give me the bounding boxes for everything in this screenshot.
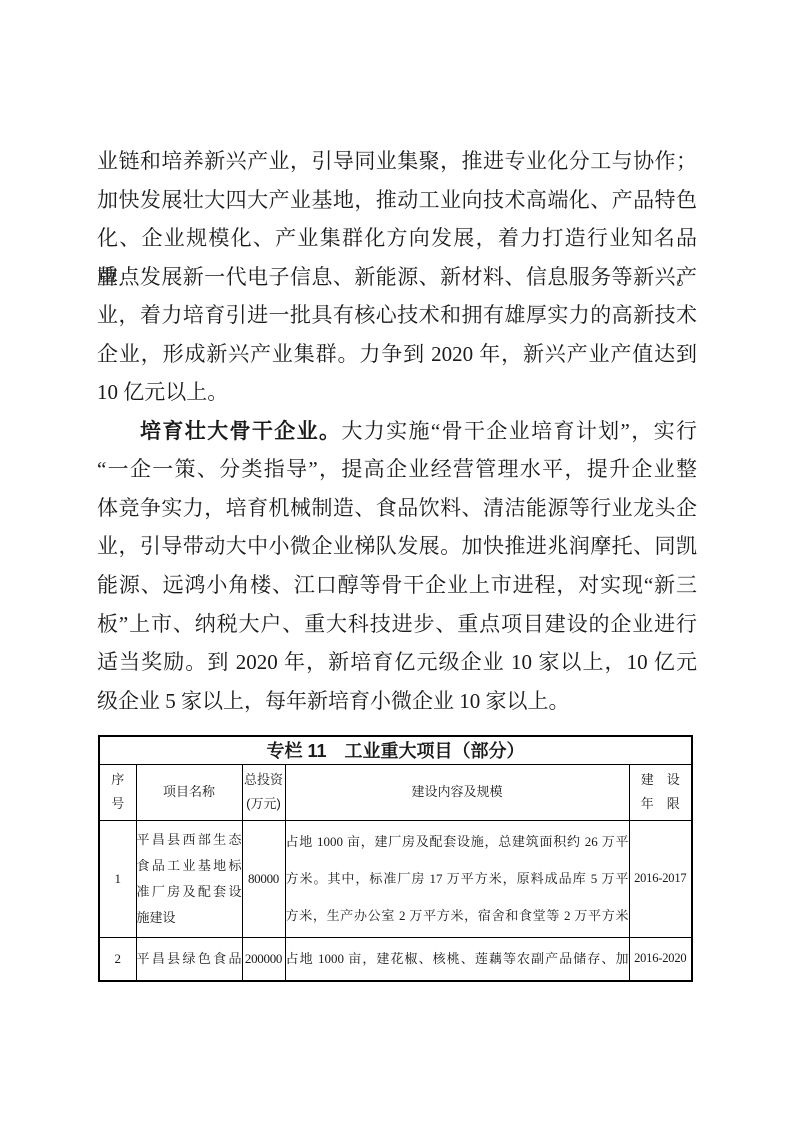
paragraph-line: 业，引导带动大中小微企业梯队发展。加快推进兆润摩托、同凯 bbox=[97, 527, 697, 566]
project-name-line: 平昌县绿色食品 bbox=[137, 946, 242, 972]
paragraph-line: 业，着力培育引进一批具有核心技术和拥有雄厚实力的高新技术 bbox=[97, 296, 697, 335]
paragraph-last-line: 级企业 5 家以上，每年新培育小微企业 10 家以上。 bbox=[97, 682, 697, 721]
project-table: 专栏 11 工业重大项目（部分） 序 号 项目名称 总投资 (万元) 建设内容及… bbox=[98, 735, 693, 982]
paragraph-line: 能源、远鸿小角楼、江口醇等骨干企业上市进程，对实现“新三 bbox=[97, 566, 697, 605]
table-header-row: 序 号 项目名称 总投资 (万元) 建设内容及规模 建 设 年 限 bbox=[99, 764, 692, 820]
col-header-investment: 总投资 (万元) bbox=[242, 764, 285, 820]
col-header-name: 项目名称 bbox=[136, 764, 242, 820]
project-name-line: 施建设 bbox=[137, 905, 242, 931]
row1-period: 2016-2017 bbox=[629, 820, 692, 937]
paragraph-line: 适当奖励。到 2020 年，新培育亿元级企业 10 家以上，10 亿元 bbox=[97, 643, 697, 682]
content-line: 方米，生产办公室 2 万平方米，宿舍和食堂等 2 万平方米 bbox=[286, 897, 629, 934]
paragraph-line: 企业，形成新兴产业集群。力争到 2020 年，新兴产业产值达到 bbox=[97, 335, 697, 374]
paragraph-line: 重点发展新一代电子信息、新能源、新材料、信息服务等新兴产 bbox=[97, 258, 697, 297]
paragraph-line: “一企一策、分类指导”，提高企业经营管理水平，提升企业整 bbox=[97, 450, 697, 489]
content-line: 占地 1000 亩，建厂房及配套设施，总建筑面积约 26 万平 bbox=[286, 823, 629, 860]
row1-content: 占地 1000 亩，建厂房及配套设施，总建筑面积约 26 万平 方米。其中，标准… bbox=[285, 820, 629, 937]
row2-seq: 2 bbox=[99, 937, 136, 981]
row1-seq: 1 bbox=[99, 820, 136, 937]
paragraph-line: 板”上市、纳税大户、重大科技进步、重点项目建设的企业进行 bbox=[97, 605, 697, 644]
project-name-line: 食品工业基地标 bbox=[137, 853, 242, 879]
body-text-block: 业链和培养新兴产业，引导同业集聚，推进专业化分工与协作； 加快发展壮大四大产业基… bbox=[97, 142, 697, 720]
document-page: 业链和培养新兴产业，引导同业集聚，推进专业化分工与协作； 加快发展壮大四大产业基… bbox=[0, 0, 793, 1122]
bold-lead-heading: 培育壮大骨干企业。 bbox=[140, 419, 341, 443]
paragraph-line-text: 大力实施“骨干企业培育计划”，实行 bbox=[341, 419, 697, 443]
paragraph-line: 化、企业规模化、产业集群化方向发展，着力打造行业知名品牌。 bbox=[97, 219, 697, 258]
col-header-content: 建设内容及规模 bbox=[285, 764, 629, 820]
content-line: 占地 1000 亩，建花椒、核桃、莲藕等农副产品储存、加 bbox=[286, 938, 629, 980]
paragraph-last-line: 10 亿元以上。 bbox=[97, 373, 697, 412]
table-title: 专栏 11 工业重大项目（部分） bbox=[99, 736, 692, 764]
row1-project-name: 平昌县西部生态 食品工业基地标 准厂房及配套设 施建设 bbox=[136, 820, 242, 937]
project-name-line: 平昌县西部生态 bbox=[137, 827, 242, 853]
row1-investment: 80000 bbox=[242, 820, 285, 937]
paragraph-line: 培育壮大骨干企业。大力实施“骨干企业培育计划”，实行 bbox=[97, 412, 697, 451]
paragraph-line: 业链和培养新兴产业，引导同业集聚，推进专业化分工与协作； bbox=[97, 142, 697, 181]
table-row: 2 平昌县绿色食品 200000 占地 1000 亩，建花椒、核桃、莲藕等农副产… bbox=[99, 937, 692, 981]
table-title-row: 专栏 11 工业重大项目（部分） bbox=[99, 736, 692, 764]
project-name-line: 准厂房及配套设 bbox=[137, 879, 242, 905]
paragraph-line: 加快发展壮大四大产业基地，推动工业向技术高端化、产品特色 bbox=[97, 181, 697, 220]
col-header-seq: 序 号 bbox=[99, 764, 136, 820]
row2-content: 占地 1000 亩，建花椒、核桃、莲藕等农副产品储存、加 bbox=[285, 937, 629, 981]
row2-project-name: 平昌县绿色食品 bbox=[136, 937, 242, 981]
paragraph-line: 体竞争实力，培育机械制造、食品饮料、清洁能源等行业龙头企 bbox=[97, 489, 697, 528]
row2-investment: 200000 bbox=[242, 937, 285, 981]
row2-period: 2016-2020 bbox=[629, 937, 692, 981]
col-header-period: 建 设 年 限 bbox=[629, 764, 692, 820]
content-line: 方米。其中，标准厂房 17 万平方米，原料成品库 5 万平 bbox=[286, 860, 629, 897]
table-row: 1 平昌县西部生态 食品工业基地标 准厂房及配套设 施建设 80000 占地 1… bbox=[99, 820, 692, 937]
